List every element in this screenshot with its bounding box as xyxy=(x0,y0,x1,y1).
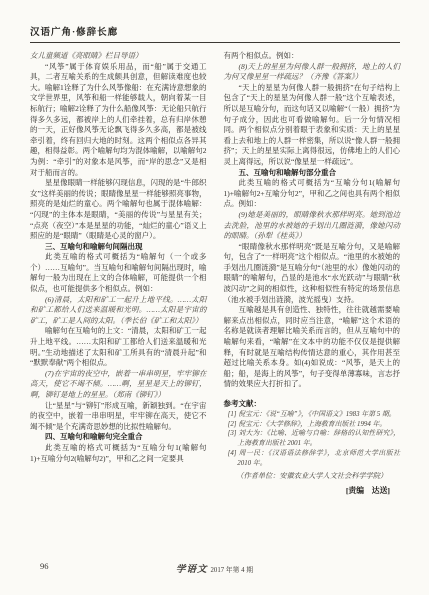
section-heading-4: 四、互喻句和喻解句完全重合 xyxy=(30,432,207,443)
paragraph: 此类互喻的格式可概括为“互喻分句1(喻解句1)+互喻分句2(喻解句2)”，甲和乙… xyxy=(30,443,207,464)
two-column-body: 女儿童频道《亮眼睛》栏目导语） “风筝”属于体育娱乐用品，而“船”属于交通工具，… xyxy=(30,51,400,496)
reference-item: [3] 刘大为：《比喻、近喻与自喻：辞格的认知性研究》，上海教育出版社 2001… xyxy=(224,429,401,449)
paragraph: “天上的星星为何像人群一般拥挤”在句子结构上包含了“天上的星星为何像人群一般”这… xyxy=(224,83,401,168)
example-caption-continuation: 女儿童频道《亮眼睛》栏目导语） xyxy=(30,51,207,62)
paragraph-continuation: 有两个相似点。例如： xyxy=(224,51,401,62)
issue-info: 2017 年第 4 期 xyxy=(211,567,253,574)
example-6: (6)清晨，太阳和矿工一起升上地平线。……太阳和矿工都给人们送来温暖和光明。……… xyxy=(30,295,207,327)
paragraph: 星星像眼睛一样能够闪现信息，闪现的是“牛郎织女”这样美丽的传说；眼睛像星星一样能… xyxy=(30,178,207,242)
reference-item: [1] 倪宝元：《说“互喻”》，《中国语文》1983 年第 5 期。 xyxy=(224,410,401,420)
paragraph: 让“星星”与“铆钉”形成互喻，新颖独到。“在宇宙的夜空中，嵌着一串串明星，牢牢铆… xyxy=(30,401,207,433)
author-affiliation: （作者单位：安徽农业大学人文社会科学学院） xyxy=(224,471,401,482)
header-rule xyxy=(30,42,400,43)
column-section-title: 汉语广角·修辞长廊 xyxy=(30,24,400,42)
journal-page: 汉语广角·修辞长廊 女儿童频道《亮眼睛》栏目导语） “风筝”属于体育娱乐用品，而… xyxy=(0,0,429,595)
right-column: 有两个相似点。例如： (8)天上的星星为何像人群一般拥挤，地上的人们为何又像星星… xyxy=(224,51,401,496)
paragraph: “眼睛像秋水那样明亮”既是互喻分句，又是喻解句，包含了“一样明亮”这个相似点。“… xyxy=(224,242,401,306)
paragraph: 此类互喻的格式可概括为“喻解句（一个或多个）……互喻句”。当互喻句和喻解句间隔出… xyxy=(30,252,207,294)
references-heading: 参考文献： xyxy=(224,399,401,410)
paragraph: 喻解句在互喻句的上文：“清晨，太阳和矿工一起升上地平线。……太阳和矿工都给人们送… xyxy=(30,326,207,368)
paragraph: “风筝”属于体育娱乐用品，而“船”属于交通工具，二者互喻关系的生成颇具创意，但解… xyxy=(30,62,207,179)
page-number: 96 xyxy=(40,561,49,571)
reference-item: [2] 倪宝元：《大学修辞》，上海教育出版社 1994 年。 xyxy=(224,420,401,430)
editor-note: [责编 达送] xyxy=(224,486,401,497)
paragraph: 此类互喻的格式可概括为“互喻分句1(喻解句1)+喻解句2+互喻分句2”，甲和乙之… xyxy=(224,178,401,210)
left-column: 女儿童频道《亮眼睛》栏目导语） “风筝”属于体育娱乐用品，而“船”属于交通工具，… xyxy=(30,51,207,496)
section-heading-3: 三、互喻句和喻解句间隔出现 xyxy=(30,242,207,253)
journal-name: 学语文 xyxy=(176,565,208,575)
journal-issue-line: 学语文2017 年第 4 期 xyxy=(0,561,429,575)
example-8: (8)天上的星星为何像人群一般拥挤，地上的人们为何又像星星一样疏远？（齐豫《答案… xyxy=(224,62,401,83)
page-content: 汉语广角·修辞长廊 女儿童频道《亮眼睛》栏目导语） “风筝”属于体育娱乐用品，而… xyxy=(0,0,429,496)
reference-item: [4] 周一民：《汉语语法修辞学》，北京师范大学出版社 2010 年。 xyxy=(224,449,401,469)
example-9: (9)她是美丽的，眼睛像秋水那样明亮。她到池边去洗脸，池里的水被她的手划出几圈涟… xyxy=(224,210,401,242)
page-footer: 96 学语文2017 年第 4 期 xyxy=(0,561,429,573)
section-heading-5: 五、互喻句和喻解句部分重合 xyxy=(224,168,401,179)
example-7: (7)在宇宙的夜空中，嵌着一串串明星，牢牢铆在高天，使它不竭不倾。……啊，星星是… xyxy=(30,369,207,401)
paragraph: 互喻越是具有创造性、独特性，往往就越需要喻解来点出相似点，同时应当注意，“喻解”… xyxy=(224,305,401,390)
